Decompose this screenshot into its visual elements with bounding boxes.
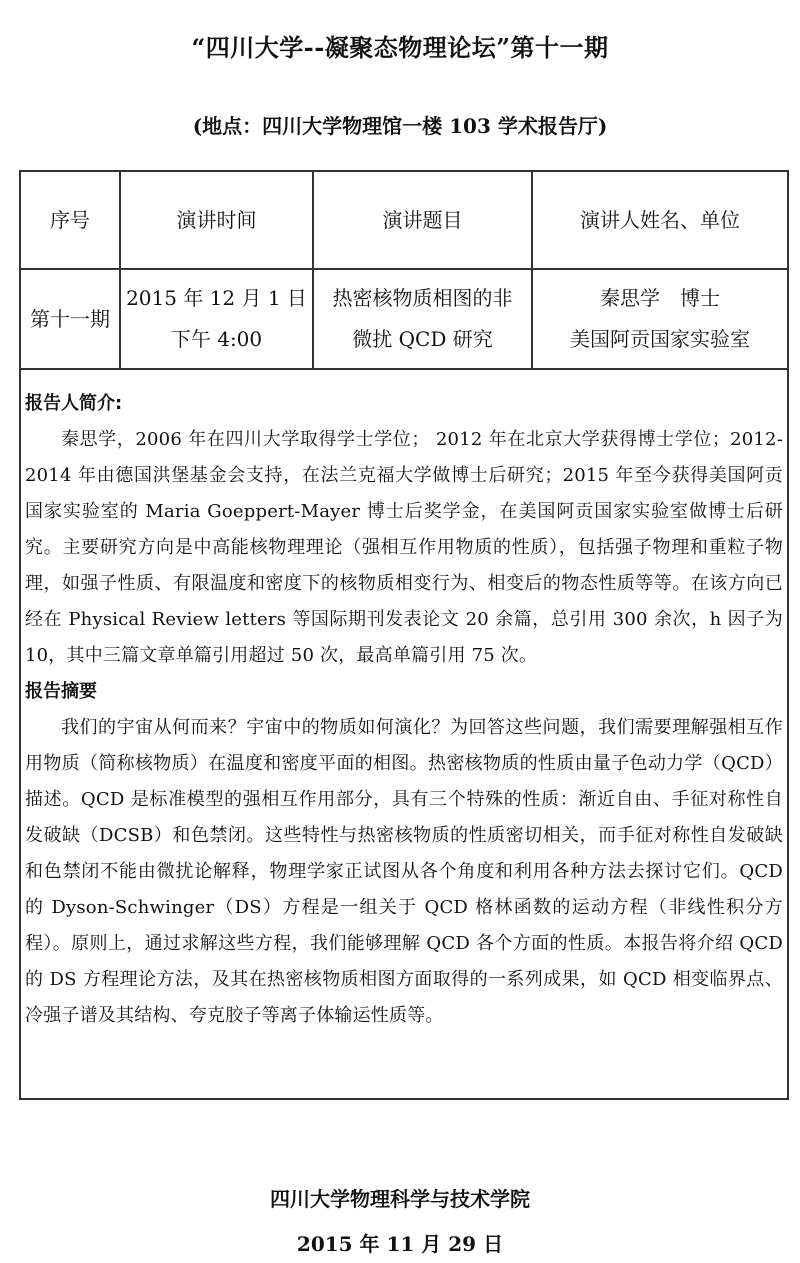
details-row: 报告人简介: 秦思学，2006 年在四川大学取得学士学位； 2012 年在北京大…	[20, 369, 788, 1099]
bio-text: 秦思学，2006 年在四川大学取得学士学位； 2012 年在北京大学获得博士学位…	[25, 422, 783, 674]
speaker-affiliation: 美国阿贡国家实验室	[533, 319, 787, 360]
footer-date: 2015 年 11 月 29 日	[0, 1228, 800, 1257]
session-number: 第十一期	[20, 269, 120, 369]
column-header-topic: 演讲题目	[313, 171, 532, 269]
talk-date: 2015 年 12 月 1 日	[121, 278, 312, 319]
bio-heading: 报告人简介:	[25, 386, 783, 422]
footer-organization: 四川大学物理科学与技术学院	[0, 1183, 800, 1212]
table-row: 第十一期 2015 年 12 月 1 日 下午 4:00 热密核物质相图的非 微…	[20, 269, 788, 369]
speaker-name: 秦思学 博士	[533, 278, 787, 319]
abstract-text: 我们的宇宙从何而来？宇宙中的物质如何演化？为回答这些问题，我们需要理解强相互作用…	[25, 710, 783, 1034]
talk-topic-line2: 微扰 QCD 研究	[314, 319, 531, 360]
speaker-info: 秦思学 博士 美国阿贡国家实验室	[532, 269, 788, 369]
venue-location: (地点：四川大学物理馆一楼 103 学术报告厅)	[0, 110, 800, 139]
page-title: “四川大学--凝聚态物理论坛”第十一期	[0, 28, 800, 63]
talk-topic-line1: 热密核物质相图的非	[314, 278, 531, 319]
details-cell: 报告人简介: 秦思学，2006 年在四川大学取得学士学位； 2012 年在北京大…	[20, 369, 788, 1099]
schedule-table: 序号 演讲时间 演讲题目 演讲人姓名、单位 第十一期 2015 年 12 月 1…	[19, 170, 789, 1100]
talk-time: 2015 年 12 月 1 日 下午 4:00	[120, 269, 313, 369]
column-header-number: 序号	[20, 171, 120, 269]
column-header-speaker: 演讲人姓名、单位	[532, 171, 788, 269]
talk-topic: 热密核物质相图的非 微扰 QCD 研究	[313, 269, 532, 369]
table-header-row: 序号 演讲时间 演讲题目 演讲人姓名、单位	[20, 171, 788, 269]
abstract-heading: 报告摘要	[25, 674, 783, 710]
column-header-time: 演讲时间	[120, 171, 313, 269]
talk-hour: 下午 4:00	[121, 319, 312, 360]
